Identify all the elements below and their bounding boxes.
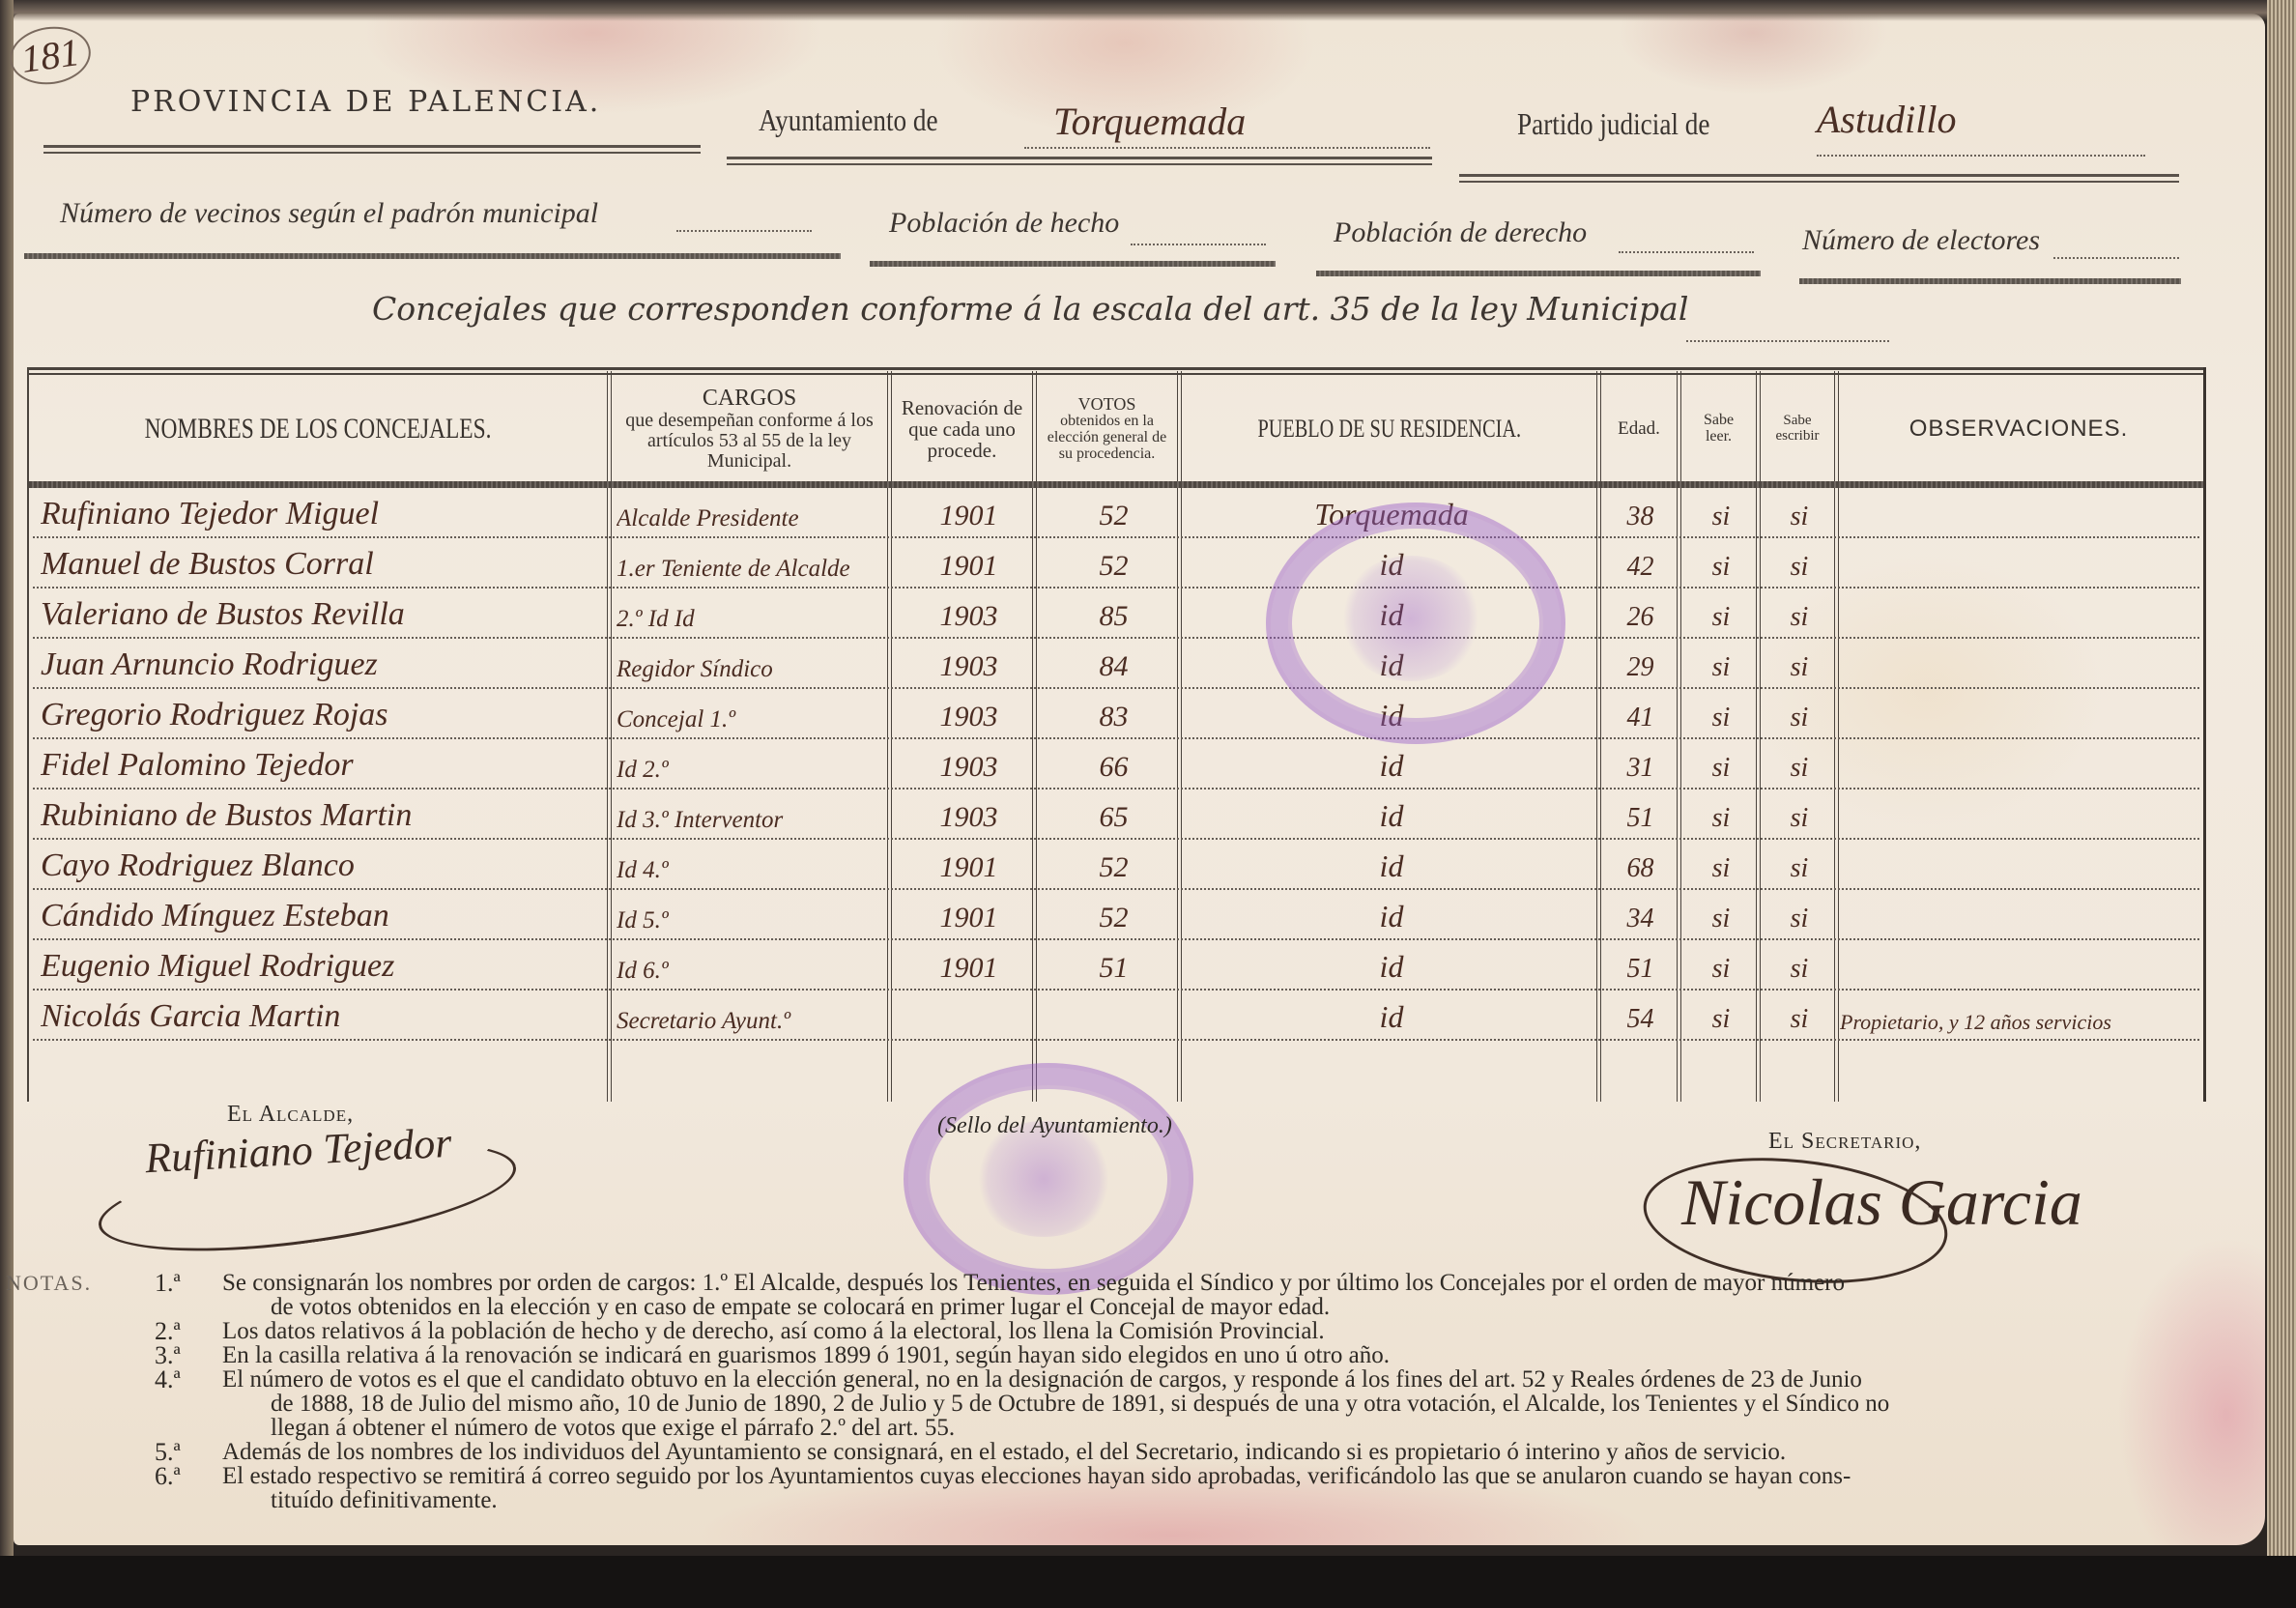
note-text: El número de votos es el que el candidat… [222, 1366, 1862, 1393]
secretario-label: El Secretario, [1768, 1129, 1921, 1155]
cell-pueblo: id [1189, 798, 1594, 834]
cell-edad: 42 [1604, 552, 1677, 583]
note-text: tituído definitivamente. [271, 1487, 498, 1513]
cell-sabe-escribir: si [1762, 1004, 1837, 1035]
concejales-dots [1686, 340, 1889, 342]
cell-cargo: Regidor Síndico [617, 656, 892, 683]
header-observaciones-text: OBSERVACIONES. [1909, 416, 2129, 441]
cell-sabe-leer: si [1683, 652, 1759, 683]
book-binding [0, 0, 14, 1608]
cell-sabe-leer: si [1683, 502, 1759, 532]
note-line: llegan á obtener el número de votos que … [68, 1416, 2194, 1440]
cell-nombre: Rufiniano Tejedor Miguel [41, 496, 611, 532]
cell-cargo: Alcalde Presidente [617, 505, 892, 532]
header-edad-text: Edad. [1618, 419, 1660, 439]
cell-cargo: Concejal 1.º [617, 706, 892, 733]
book-page-stack [2267, 0, 2296, 1608]
header-renovacion: Renovación de que cada uno procede. [892, 377, 1032, 481]
row-rule [33, 888, 2199, 890]
cell-votos: 84 [1044, 650, 1184, 683]
note-line: 6.ªEl estado respectivo se remitirá á co… [68, 1464, 2194, 1488]
cell-cargo: Id 5.º [617, 907, 892, 934]
note-line: 5.ªAdemás de los nombres de los individu… [68, 1440, 2194, 1464]
header-renovacion-text: Renovación de que cada uno procede. [892, 397, 1032, 461]
ayuntamiento-dots [1024, 147, 1430, 149]
concejales-table: NOMBRES DE LOS CONCEJALES. CARGOS que de… [27, 367, 2206, 1102]
electores-field[interactable] [2053, 257, 2179, 259]
header-edad: Edad. [1601, 377, 1677, 481]
cell-nombre: Cándido Mínguez Esteban [41, 898, 611, 934]
cell-sabe-leer: si [1683, 602, 1759, 633]
note-line: de 1888, 18 de Julio del mismo año, 10 d… [68, 1392, 2194, 1416]
note-number: 1.ª [155, 1271, 181, 1295]
table-row: Nicolás Garcia MartinSecretario Ayunt.ºi… [29, 992, 2203, 1041]
note-text: Los datos relativos á la población de he… [222, 1318, 1325, 1344]
note-line: tituído definitivamente. [68, 1488, 2194, 1512]
row-rule [33, 788, 2199, 790]
cell-nombre: Rubiniano de Bustos Martin [41, 797, 611, 834]
header-cargos: CARGOS que desempeñan conforme á los art… [612, 377, 887, 481]
cell-nombre: Juan Arnuncio Rodriguez [41, 646, 611, 683]
hecho-rule [870, 261, 1276, 267]
table-row: Manuel de Bustos Corral1.er Teniente de … [29, 540, 2203, 589]
cell-sabe-escribir: si [1762, 954, 1837, 985]
cell-sabe-escribir: si [1762, 904, 1837, 934]
cell-sabe-leer: si [1683, 803, 1759, 834]
cell-votos: 51 [1044, 952, 1184, 985]
provincia-rule [43, 145, 701, 154]
derecho-field[interactable] [1619, 251, 1754, 253]
cell-cargo: Secretario Ayunt.º [617, 1008, 892, 1035]
row-rule [33, 737, 2199, 739]
cell-sabe-leer: si [1683, 753, 1759, 784]
header-nombres-text: NOMBRES DE LOS CONCEJALES. [145, 414, 492, 445]
table-row: Valeriano de Bustos Revilla2.º Id Id1903… [29, 590, 2203, 639]
cell-sabe-escribir: si [1762, 803, 1837, 834]
cell-sabe-escribir: si [1762, 652, 1837, 683]
cell-cargo: 1.er Teniente de Alcalde [617, 556, 892, 583]
note-text: Además de los nombres de los individuos … [222, 1439, 1786, 1465]
cell-sabe-escribir: si [1762, 502, 1837, 532]
partido-value: Astudillo [1817, 97, 1956, 142]
cell-sabe-leer: si [1683, 954, 1759, 985]
vecinos-label: Número de vecinos según el padrón munici… [60, 197, 598, 230]
note-text: El estado respectivo se remitirá á corre… [222, 1463, 1851, 1489]
cell-renovacion: 1903 [899, 600, 1039, 633]
cell-renovacion: 1903 [899, 751, 1039, 784]
header-pueblo-text: PUEBLO DE SU RESIDENCIA. [1257, 416, 1521, 442]
cell-nombre: Fidel Palomino Tejedor [41, 747, 611, 784]
header-bottom-rule [29, 481, 2203, 488]
cell-pueblo: id [1189, 848, 1594, 884]
cell-nombre: Manuel de Bustos Corral [41, 546, 611, 583]
cell-renovacion: 1903 [899, 650, 1039, 683]
cell-edad: 54 [1604, 1004, 1677, 1035]
book-top-edge [0, 0, 2296, 21]
note-line: 4.ªEl número de votos es el que el candi… [68, 1367, 2194, 1392]
cell-sabe-leer: si [1683, 904, 1759, 934]
cell-renovacion: 1901 [899, 952, 1039, 985]
ayuntamiento-value: Torquemada [1053, 99, 1246, 144]
note-text: En la casilla relativa á la renovación s… [222, 1342, 1390, 1368]
cell-votos: 52 [1044, 851, 1184, 884]
note-text: Se consignarán los nombres por orden de … [222, 1270, 1845, 1296]
cell-cargo: 2.º Id Id [617, 606, 892, 633]
header-cargos-title: CARGOS [703, 387, 796, 411]
cell-votos: 66 [1044, 751, 1184, 784]
row-rule [33, 587, 2199, 589]
table-row: Rubiniano de Bustos MartinId 3.º Interve… [29, 791, 2203, 840]
row-rule [33, 1039, 2199, 1041]
cell-nombre: Gregorio Rodriguez Rojas [41, 697, 611, 733]
derecho-label: Población de derecho [1334, 216, 1587, 249]
cell-edad: 51 [1604, 803, 1677, 834]
table-row: Rufiniano Tejedor MiguelAlcalde Presiden… [29, 490, 2203, 538]
hecho-field[interactable] [1131, 244, 1266, 245]
note-line: 3.ªEn la casilla relativa á la renovació… [68, 1343, 2194, 1367]
row-rule [33, 687, 2199, 689]
header-votos: VOTOS obtenidos en la elección general d… [1037, 377, 1177, 481]
cell-edad: 51 [1604, 954, 1677, 985]
sello-label: (Sello del Ayuntamiento.) [937, 1113, 1172, 1139]
provincia-title: PROVINCIA DE PALENCIA. [130, 85, 601, 119]
electores-rule [1799, 278, 2181, 284]
cell-sabe-escribir: si [1762, 602, 1837, 633]
cell-edad: 34 [1604, 904, 1677, 934]
cell-renovacion: 1903 [899, 801, 1039, 834]
cell-edad: 41 [1604, 703, 1677, 733]
cell-nombre: Valeriano de Bustos Revilla [41, 596, 611, 633]
cell-cargo: Id 4.º [617, 857, 892, 884]
header-sabe-escribir-text: Sabe escribir [1761, 414, 1834, 445]
cell-votos: 52 [1044, 550, 1184, 583]
cell-sabe-escribir: si [1762, 853, 1837, 884]
cell-cargo: Id 6.º [617, 958, 892, 985]
cell-nombre: Cayo Rodriguez Blanco [41, 847, 611, 884]
cell-votos: 85 [1044, 600, 1184, 633]
electores-label: Número de electores [1802, 224, 2040, 257]
concejales-heading: Concejales que corresponden conforme á l… [372, 290, 1688, 328]
cell-renovacion: 1901 [899, 550, 1039, 583]
note-number: 3.ª [155, 1343, 181, 1367]
partido-dots [1817, 155, 2145, 157]
partido-label: Partido judicial de [1517, 106, 1709, 142]
cell-edad: 68 [1604, 853, 1677, 884]
cell-cargo: Id 3.º Interventor [617, 807, 892, 834]
header-sabe-leer: Sabe leer. [1681, 377, 1756, 481]
table-row: Juan Arnuncio RodriguezRegidor Síndico19… [29, 641, 2203, 689]
note-line: de votos obtenidos en la elección y en c… [68, 1295, 2194, 1319]
note-number: 6.ª [155, 1464, 181, 1488]
cell-edad: 31 [1604, 753, 1677, 784]
ayuntamiento-rule [727, 157, 1432, 165]
cell-pueblo: id [1189, 899, 1594, 934]
cell-pueblo: id [1189, 999, 1594, 1035]
cell-renovacion: 1901 [899, 902, 1039, 934]
notes-list: 1.ªSe consignarán los nombres por orden … [68, 1271, 2194, 1512]
row-rule [33, 838, 2199, 840]
derecho-rule [1316, 271, 1761, 276]
table-row: Cayo Rodriguez BlancoId 4.º190152id68sis… [29, 842, 2203, 890]
header-nombres: NOMBRES DE LOS CONCEJALES. [29, 377, 607, 481]
header-sabe-escribir: Sabe escribir [1761, 377, 1834, 481]
note-line: 1.ªSe consignarán los nombres por orden … [68, 1271, 2194, 1295]
cell-sabe-leer: si [1683, 552, 1759, 583]
header-votos-sub: obtenidos en la elección general de su p… [1037, 414, 1177, 462]
table-row: Eugenio Miguel RodriguezId 6.º190151id51… [29, 942, 2203, 991]
cell-edad: 38 [1604, 502, 1677, 532]
cell-nombre: Eugenio Miguel Rodriguez [41, 948, 611, 985]
note-number: 4.ª [155, 1367, 181, 1392]
row-rule [33, 536, 2199, 538]
cell-votos: 52 [1044, 902, 1184, 934]
cell-cargo: Id 2.º [617, 757, 892, 784]
cell-sabe-leer: si [1683, 1004, 1759, 1035]
cell-renovacion: 1901 [899, 500, 1039, 532]
cell-pueblo: id [1189, 748, 1594, 784]
cell-sabe-escribir: si [1762, 703, 1837, 733]
cell-sabe-escribir: si [1762, 753, 1837, 784]
cell-edad: 29 [1604, 652, 1677, 683]
cell-sabe-leer: si [1683, 853, 1759, 884]
row-rule [33, 989, 2199, 991]
note-text: de 1888, 18 de Julio del mismo año, 10 d… [271, 1391, 1889, 1417]
header-observaciones: OBSERVACIONES. [1839, 377, 2198, 481]
hecho-label: Población de hecho [889, 207, 1119, 240]
row-rule [33, 938, 2199, 940]
cell-sabe-leer: si [1683, 703, 1759, 733]
cell-votos: 83 [1044, 701, 1184, 733]
row-rule [33, 637, 2199, 639]
table-top-rule [29, 367, 2203, 375]
cell-votos: 52 [1044, 500, 1184, 532]
table-row: Cándido Mínguez EstebanId 5.º190152id34s… [29, 892, 2203, 940]
seal-emblem [1338, 556, 1483, 681]
cell-observaciones: Propietario, y 12 años servicios [1840, 1010, 2197, 1035]
note-number: 5.ª [155, 1440, 181, 1464]
cell-votos: 65 [1044, 801, 1184, 834]
header-sabe-leer-text: Sabe leer. [1681, 413, 1756, 445]
partido-rule [1459, 174, 2179, 183]
note-text: llegan á obtener el número de votos que … [271, 1415, 955, 1441]
cell-sabe-escribir: si [1762, 552, 1837, 583]
header-pueblo: PUEBLO DE SU RESIDENCIA. [1182, 377, 1596, 481]
note-number: 2.ª [155, 1319, 181, 1343]
ayuntamiento-label: Ayuntamiento de [759, 102, 938, 138]
cell-renovacion: 1903 [899, 701, 1039, 733]
note-text: de votos obtenidos en la elección y en c… [271, 1294, 1330, 1320]
cell-pueblo: id [1189, 949, 1594, 985]
background-dark [0, 1556, 2296, 1608]
header-cargos-sub: que desempeñan conforme á los artículos … [612, 411, 887, 472]
cell-edad: 26 [1604, 602, 1677, 633]
table-row: Fidel Palomino TejedorId 2.º190366id31si… [29, 741, 2203, 790]
vecinos-rule [24, 253, 841, 259]
cell-nombre: Nicolás Garcia Martin [41, 998, 611, 1035]
note-line: 2.ªLos datos relativos á la población de… [68, 1319, 2194, 1343]
table-row: Gregorio Rodriguez RojasConcejal 1.º1903… [29, 691, 2203, 739]
notes-section: NOTAS. 1.ªSe consignarán los nombres por… [68, 1271, 2194, 1512]
cell-renovacion: 1901 [899, 851, 1039, 884]
header-votos-title: VOTOS [1078, 395, 1136, 414]
vecinos-field[interactable] [676, 230, 812, 232]
